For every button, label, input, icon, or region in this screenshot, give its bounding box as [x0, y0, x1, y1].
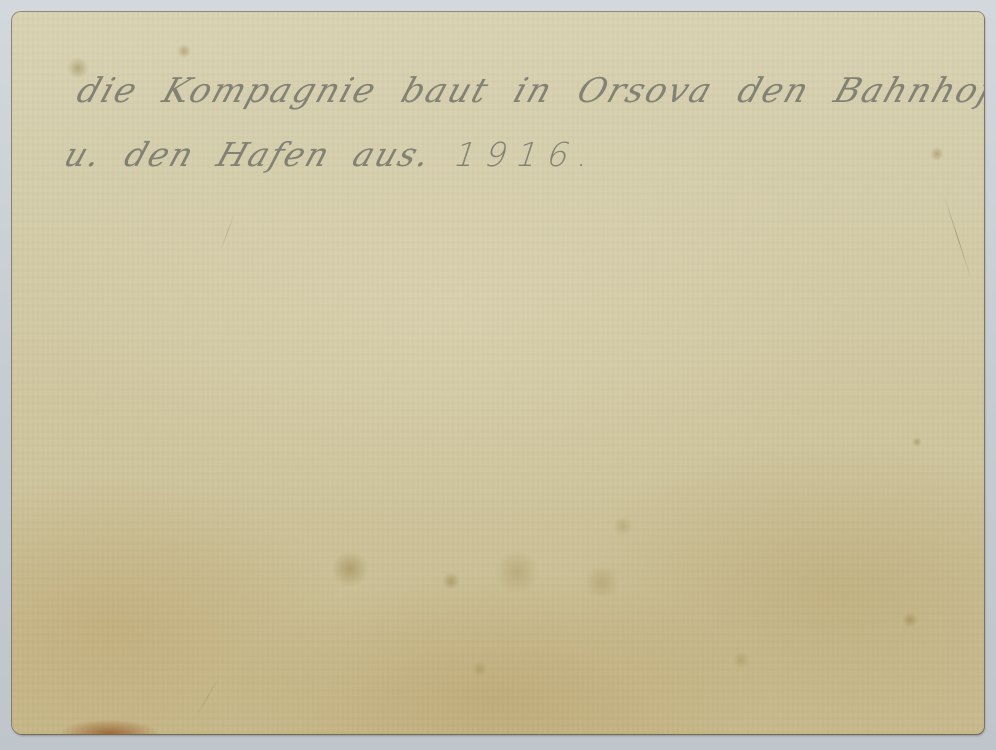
foxing-spot: [582, 567, 622, 597]
foxing-spot: [902, 612, 918, 628]
inscription-line-2: u. den Hafen aus. 1916.: [60, 138, 978, 171]
crease-line: [195, 675, 221, 719]
handwritten-inscription: die Kompagnie baut in Orsova den Bahnhof…: [42, 74, 984, 171]
foxing-spot: [472, 662, 488, 676]
foxing-spot: [612, 517, 634, 535]
aged-photo-card: die Kompagnie baut in Orsova den Bahnhof…: [12, 12, 984, 734]
inscription-line-1: die Kompagnie baut in Orsova den Bahnhof: [73, 74, 984, 108]
foxing-spot: [912, 437, 922, 447]
foxing-spot: [442, 572, 460, 590]
crease-line: [943, 194, 972, 280]
inscription-line-2-text: u. den Hafen aus.: [60, 135, 438, 174]
crease-line: [220, 213, 235, 251]
foxing-spot: [732, 652, 750, 668]
foxing-spot: [492, 552, 542, 592]
foxing-spot: [330, 552, 370, 586]
inscription-year: 1916.: [449, 135, 606, 174]
edge-stain: [62, 720, 157, 734]
foxing-spot: [177, 44, 191, 58]
